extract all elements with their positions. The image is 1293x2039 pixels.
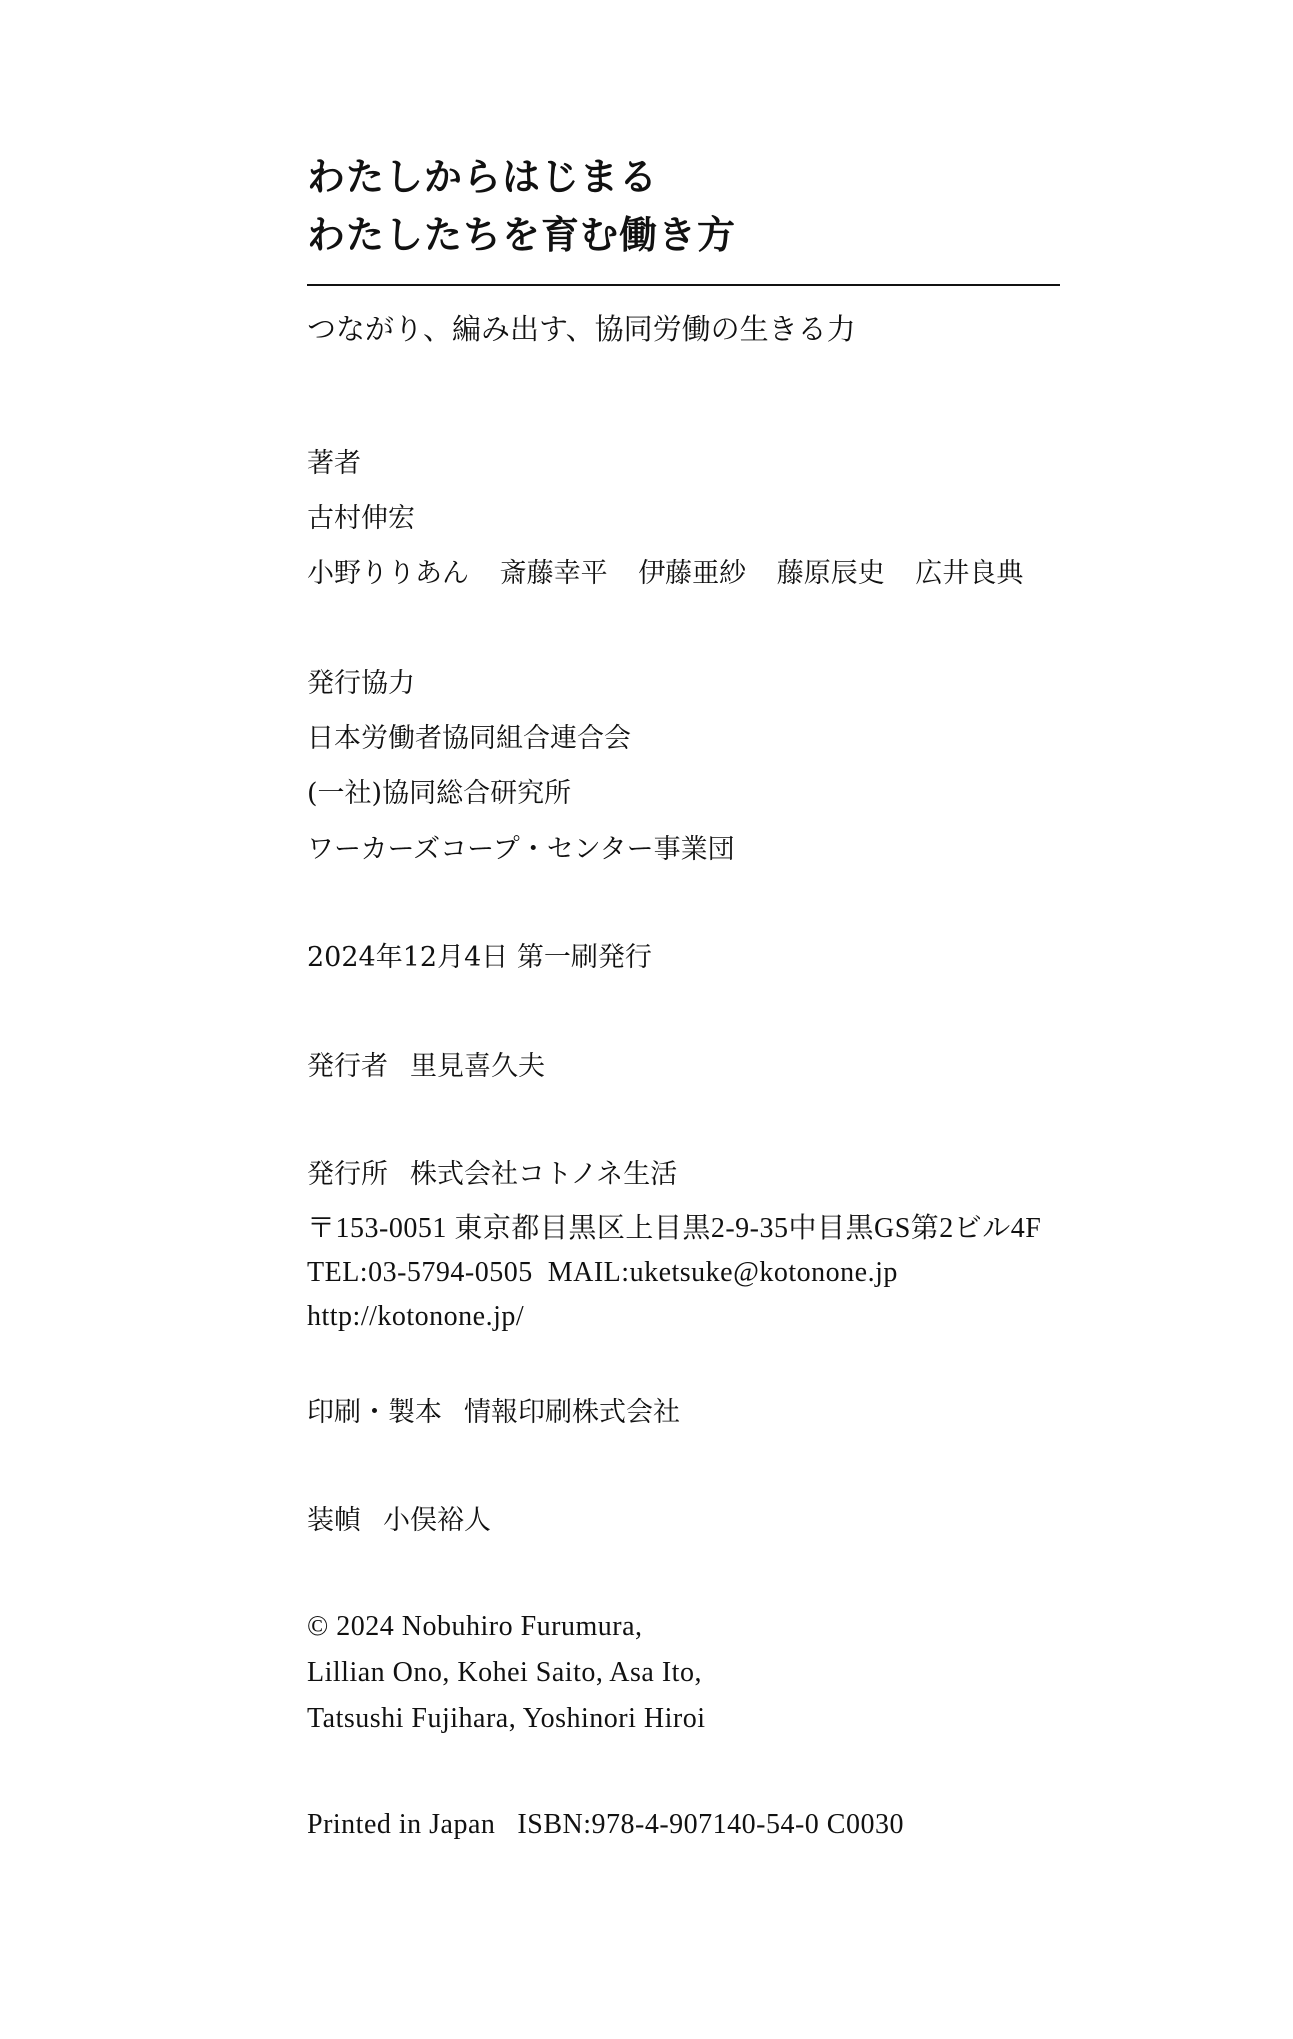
copyright-line: © 2024 Nobuhiro Furumura, <box>307 1610 643 1644</box>
edition-date: 2024年12月4日 第一刷発行 <box>307 941 652 975</box>
colophon-page: わたしからはじまる わたしたちを育む働き方 つながり、編み出す、協同労働の生きる… <box>0 0 1293 2039</box>
publisher-name: 里見喜久夫 <box>410 1051 545 1082</box>
book-title-line-2: わたしたちを育む働き方 <box>307 212 736 258</box>
co-author: 斎藤幸平 <box>500 558 608 589</box>
publisher-person: 発行者里見喜久夫 <box>307 1050 545 1084</box>
isbn: ISBN:978-4-907140-54-0 C0030 <box>517 1809 904 1840</box>
cooperation-org: 日本労働者協同組合連合会 <box>307 722 631 756</box>
co-author: 伊藤亜紗 <box>638 558 746 589</box>
book-title-line-1: わたしからはじまる <box>307 154 658 200</box>
co-authors: 小野りりあん 斎藤幸平 伊藤亜紗 藤原辰史 広井良典 <box>307 557 1023 591</box>
publishing-house-label: 発行所 <box>307 1159 388 1190</box>
copyright-line: Tatsushi Fujihara, Yoshinori Hiroi <box>307 1702 706 1736</box>
cooperation-label: 発行協力 <box>307 667 415 701</box>
design-credit: 装幀小俣裕人 <box>307 1504 491 1538</box>
cooperation-org: ワーカーズコープ・センター事業団 <box>307 833 735 867</box>
publishing-house: 発行所株式会社コトノネ生活 <box>307 1158 677 1192</box>
book-subtitle: つながり、編み出す、協同労働の生きる力 <box>307 312 856 346</box>
publisher-url[interactable]: http://kotonone.jp/ <box>307 1300 524 1334</box>
authors-label: 著者 <box>307 447 361 481</box>
publisher-contact: TEL:03-5794-0505 MAIL:uketsuke@kotonone.… <box>307 1256 898 1290</box>
publisher-label: 発行者 <box>307 1051 388 1082</box>
designer-name: 小俣裕人 <box>383 1505 491 1536</box>
co-author: 広井良典 <box>915 558 1023 589</box>
title-divider <box>307 284 1060 286</box>
publishing-house-name: 株式会社コトノネ生活 <box>410 1159 677 1190</box>
printed-in: Printed in Japan <box>307 1809 495 1840</box>
lead-author: 古村伸宏 <box>307 502 415 536</box>
co-author: 藤原辰史 <box>777 558 885 589</box>
printing-company: 情報印刷株式会社 <box>464 1397 680 1428</box>
cooperation-org: (一社)協同総合研究所 <box>307 777 571 811</box>
printing-label: 印刷・製本 <box>307 1397 442 1428</box>
co-author: 小野りりあん <box>307 558 469 589</box>
printing-credit: 印刷・製本情報印刷株式会社 <box>307 1396 680 1430</box>
print-footer: Printed in JapanISBN:978-4-907140-54-0 C… <box>307 1808 904 1842</box>
design-label: 装幀 <box>307 1505 361 1536</box>
publisher-address: 〒153-0051 東京都目黒区上目黒2-9-35中目黒GS第2ビル4F <box>307 1212 1041 1246</box>
copyright-line: Lillian Ono, Kohei Saito, Asa Ito, <box>307 1656 702 1690</box>
